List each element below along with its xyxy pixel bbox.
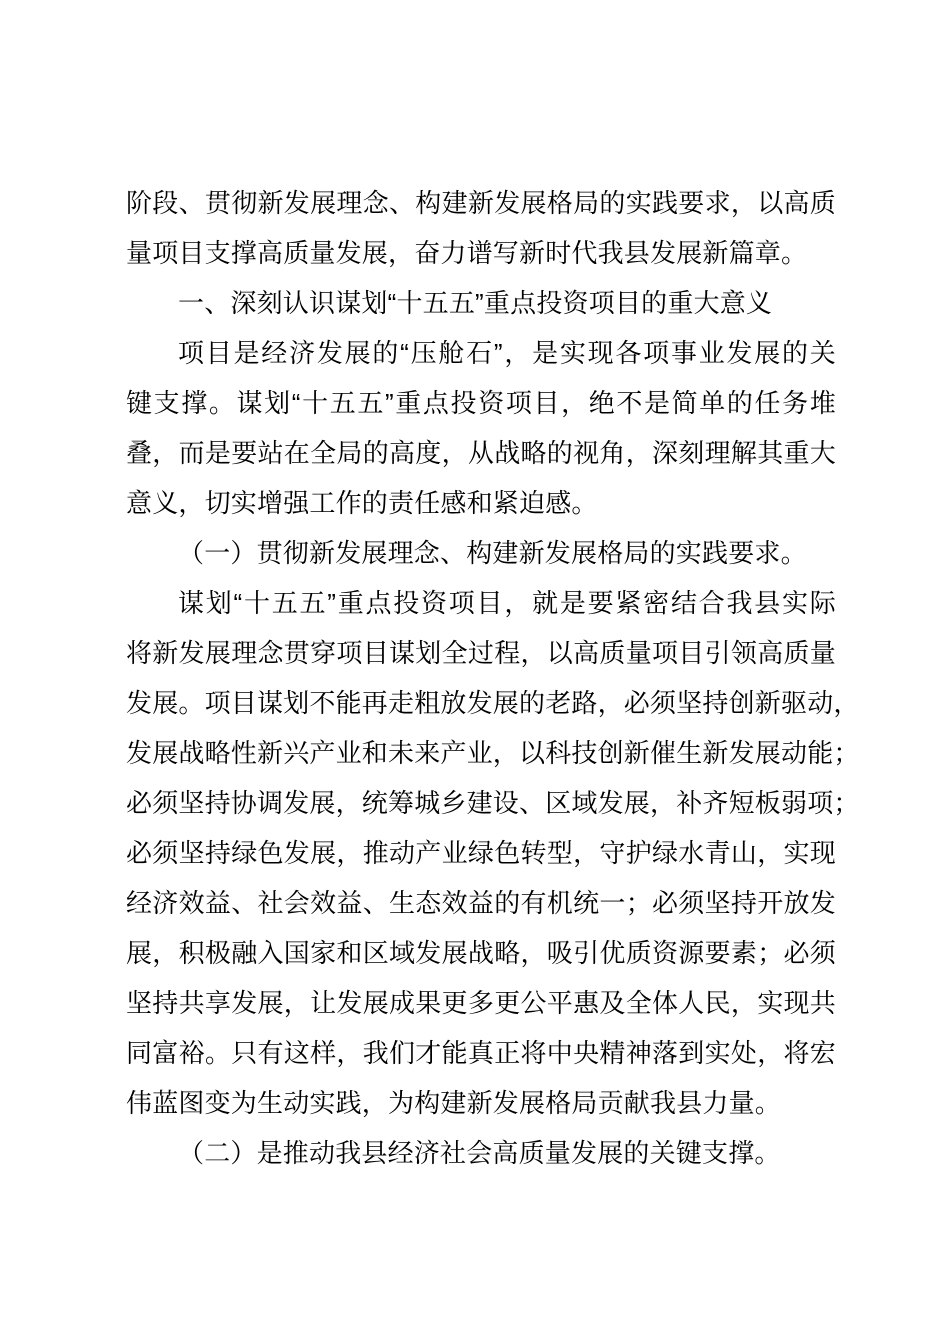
- body-text-line: 发展。项目谋划不能再走粗放发展的老路，必须坚持创新驱动，: [126, 678, 836, 728]
- body-text-line: 阶段、贯彻新发展理念、构建新发展格局的实践要求，以高质: [126, 178, 836, 228]
- body-text-line: 项目是经济发展的“压舱石”，是实现各项事业发展的关: [126, 328, 836, 378]
- body-text-line: 意义，切实增强工作的责任感和紧迫感。: [126, 478, 836, 528]
- body-text-line: 伟蓝图变为生动实践，为构建新发展格局贡献我县力量。: [126, 1078, 836, 1128]
- body-text-line: 坚持共享发展，让发展成果更多更公平惠及全体人民，实现共: [126, 978, 836, 1028]
- heading-line: 一、深刻认识谋划“十五五”重点投资项目的重大意义: [126, 278, 836, 328]
- body-text-line: 必须坚持绿色发展，推动产业绿色转型，守护绿水青山，实现: [126, 828, 836, 878]
- heading-line: （一）贯彻新发展理念、构建新发展格局的实践要求。: [126, 528, 836, 578]
- body-text-line: 量项目支撑高质量发展，奋力谱写新时代我县发展新篇章。: [126, 228, 836, 278]
- body-text-line: 同富裕。只有这样，我们才能真正将中央精神落到实处，将宏: [126, 1028, 836, 1078]
- body-text-line: 展，积极融入国家和区域发展战略，吸引优质资源要素；必须: [126, 928, 836, 978]
- body-text-line: 经济效益、社会效益、生态效益的有机统一；必须坚持开放发: [126, 878, 836, 928]
- body-text-line: 必须坚持协调发展，统筹城乡建设、区域发展，补齐短板弱项；: [126, 778, 836, 828]
- body-text-line: 叠，而是要站在全局的高度，从战略的视角，深刻理解其重大: [126, 428, 836, 478]
- body-text-line: 键支撑。谋划“十五五”重点投资项目，绝不是简单的任务堆: [126, 378, 836, 428]
- body-text-line: 谋划“十五五”重点投资项目，就是要紧密结合我县实际: [126, 578, 836, 628]
- document-text-block: 阶段、贯彻新发展理念、构建新发展格局的实践要求，以高质量项目支撑高质量发展，奋力…: [126, 178, 836, 1178]
- document-page: 阶段、贯彻新发展理念、构建新发展格局的实践要求，以高质量项目支撑高质量发展，奋力…: [0, 0, 950, 1344]
- heading-line: （二）是推动我县经济社会高质量发展的关键支撑。: [126, 1128, 836, 1178]
- body-text-line: 发展战略性新兴产业和未来产业，以科技创新催生新发展动能；: [126, 728, 836, 778]
- body-text-line: 将新发展理念贯穿项目谋划全过程，以高质量项目引领高质量: [126, 628, 836, 678]
